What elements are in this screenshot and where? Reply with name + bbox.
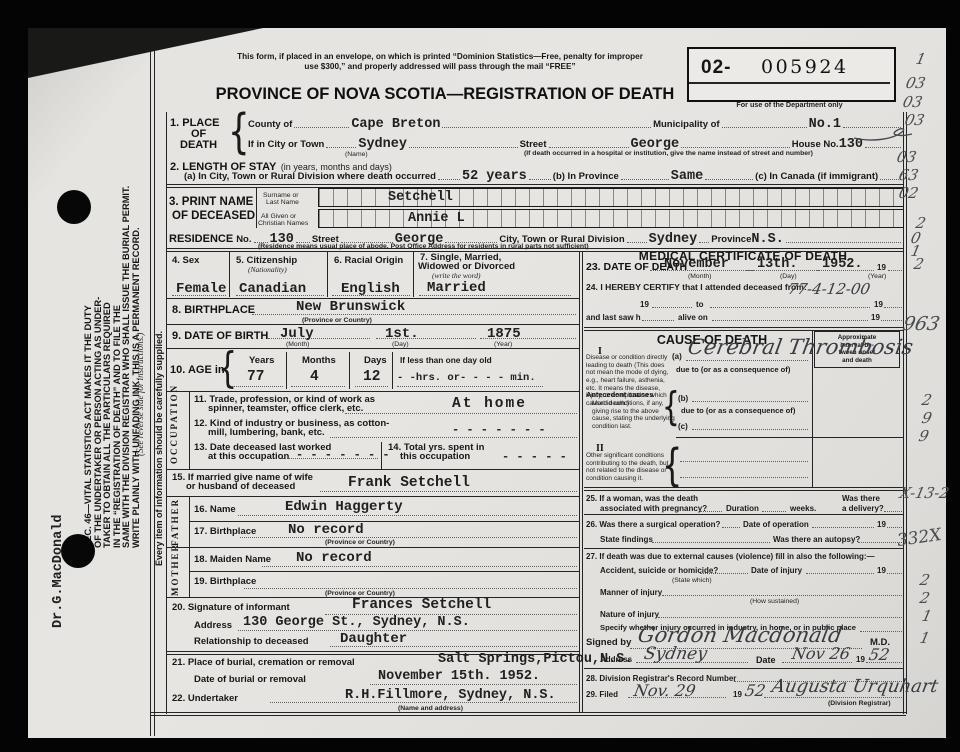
margin-figure: 963 xyxy=(901,315,941,334)
rule xyxy=(189,391,190,469)
leader xyxy=(409,145,518,148)
age-days-value: 12 xyxy=(363,370,380,385)
leader xyxy=(652,307,692,308)
serial-prefix: 02- xyxy=(701,57,731,79)
column-divider xyxy=(579,251,580,712)
father-name-label: 16. Name xyxy=(194,505,236,515)
rule xyxy=(584,514,904,515)
spouse-value: Frank Setchell xyxy=(348,476,470,491)
leader xyxy=(705,177,753,180)
leader xyxy=(397,386,543,387)
burial-value: Salt Springs,Pictou,N.S. xyxy=(438,653,632,667)
municipality-label: Municipality of xyxy=(653,120,720,130)
place-brace: { xyxy=(228,104,250,160)
rule xyxy=(349,352,350,389)
leader xyxy=(692,401,808,402)
margin-figure: 63 xyxy=(897,168,919,183)
lastsaw-label: and last saw h xyxy=(586,313,641,322)
rule xyxy=(166,251,904,252)
sex-value: Female xyxy=(176,282,226,296)
mail-instruction: This form, if placed in an envelope, on … xyxy=(205,52,675,71)
state-which-note: (State which) xyxy=(672,577,712,584)
leader xyxy=(762,511,786,512)
informant-value: Frances Setchell xyxy=(352,598,491,613)
birthdate-label: 9. DATE OF BIRTH xyxy=(172,330,268,342)
division-registrar-note: (Division Registrar) xyxy=(828,700,891,707)
rule xyxy=(584,327,904,328)
leader xyxy=(680,461,808,462)
form-right-border-2 xyxy=(906,112,907,714)
leader xyxy=(262,566,577,567)
leader xyxy=(700,511,722,512)
citizenship-sub: (Nationality) xyxy=(248,266,287,274)
antecedent-brace: { xyxy=(662,383,680,429)
residence-label: RESIDENCE xyxy=(169,233,233,245)
informant-address-value: 130 George St., Sydney, N.S. xyxy=(243,616,470,630)
margin-figure: 03 xyxy=(903,113,925,128)
leader xyxy=(686,360,808,361)
other-conditions-paragraph: Other significant conditions contributin… xyxy=(586,452,674,483)
due-to-b-label: due to (or as a consequence of) xyxy=(681,407,795,416)
leader xyxy=(860,631,902,632)
leader xyxy=(244,588,577,589)
city-value: Sydney xyxy=(358,138,407,152)
certify-label: 24. I HEREBY CERTIFY that I attended dec… xyxy=(586,283,807,293)
autopsy-label: Was there an autopsy? xyxy=(773,535,860,544)
certify-handwritten-dates: 77-4-12-00 xyxy=(787,282,872,297)
form-bottom-border xyxy=(150,712,906,713)
leader xyxy=(341,240,393,243)
leader xyxy=(884,511,902,512)
injury-19: 19 xyxy=(877,566,886,575)
rule xyxy=(286,352,287,389)
occupation-vertical-label: OCCUPATION xyxy=(170,392,185,464)
leader xyxy=(710,307,870,308)
age-days-label: Days xyxy=(364,356,387,366)
rule xyxy=(190,521,579,522)
leader xyxy=(722,527,740,528)
spouse-label-2: or husband of deceased xyxy=(186,482,295,492)
leader xyxy=(806,573,874,574)
rule xyxy=(676,437,904,438)
rule xyxy=(413,252,414,297)
father-name-value: Edwin Haggerty xyxy=(285,500,403,514)
sex-label: 4. Sex xyxy=(172,256,199,266)
mother-maiden-label: 18. Maiden Name xyxy=(194,555,271,565)
form-left-border xyxy=(166,112,167,714)
residence-no-label: No. xyxy=(236,235,251,245)
occupation-r12-value: - - - - - - - xyxy=(452,424,546,436)
leader xyxy=(712,320,868,321)
leader xyxy=(294,125,349,128)
occupation-r14-value: - - - - - xyxy=(502,451,567,463)
leader xyxy=(692,429,808,430)
citizenship-value: Canadian xyxy=(239,282,306,296)
see-reverse-note: (See reverse side for instructions.) xyxy=(136,251,148,456)
weeks-label: weeks. xyxy=(790,504,816,513)
father-birthplace-label: 17. Birthplace xyxy=(194,527,256,537)
surname-label-2: Last Name xyxy=(266,199,299,206)
leader xyxy=(700,573,748,574)
racial-origin-label: 6. Racial Origin xyxy=(334,256,403,266)
margin-figure: 02 xyxy=(897,186,919,201)
rule xyxy=(190,571,579,572)
stay-values-row: (a) In City, Town or Rural Division wher… xyxy=(184,167,903,182)
surname-value: Setchell xyxy=(388,191,453,205)
leader xyxy=(681,145,790,148)
leader xyxy=(438,177,460,180)
leader xyxy=(296,240,310,243)
mother-vertical-label: MOTHER xyxy=(171,548,186,596)
county-value: Cape Breton xyxy=(351,118,440,132)
signed-year-value: 52 xyxy=(868,647,891,663)
filed-label: 29. Filed xyxy=(586,690,618,699)
signed-date-value: Nov 26 xyxy=(791,646,852,662)
pregnancy-label-2: associated with pregnancy? xyxy=(600,504,707,513)
rule xyxy=(189,547,190,597)
leader xyxy=(764,697,902,698)
rule xyxy=(392,352,393,389)
given-name-comb-field xyxy=(318,209,904,228)
informant-address-label: Address xyxy=(194,621,232,631)
leader xyxy=(887,573,902,574)
undertaker-label: 22. Undertaker xyxy=(172,694,238,704)
leader xyxy=(231,386,283,387)
municipality-value: No.1 xyxy=(809,118,841,132)
scanned-death-registration: FORM 6 SEC. 46—VITAL STATISTICS ACT MAKE… xyxy=(0,0,960,752)
date-of-death-day: 13th. xyxy=(757,258,798,272)
punch-hole-top xyxy=(57,190,91,224)
stay-c-label: (c) In Canada (if immigrant) xyxy=(755,172,878,182)
filed-date-value: Nov. 29 xyxy=(633,683,697,699)
burial-date-value: November 15th. 1952. xyxy=(378,670,540,684)
duration-label: Duration xyxy=(726,504,759,513)
mother-maiden-value: No record xyxy=(296,551,372,565)
margin-rule-outer xyxy=(150,30,151,736)
residence-city-label: City, Town or Rural Division xyxy=(499,235,624,245)
residence-province-value: N.S. xyxy=(751,233,783,247)
rule xyxy=(584,548,904,549)
leader xyxy=(881,320,902,321)
rule xyxy=(229,252,230,297)
date-of-death-month: November xyxy=(664,258,729,272)
birthplace-label: 8. BIRTHPLACE xyxy=(172,304,255,316)
father-birthplace-value: No record xyxy=(288,523,364,537)
street-value: George xyxy=(631,138,680,152)
leader xyxy=(642,320,674,321)
leader xyxy=(345,413,577,414)
leader xyxy=(238,630,577,631)
mother-birthplace-label: 19. Birthplace xyxy=(194,577,256,587)
place-city-row: If in City or Town Sydney Street George … xyxy=(248,134,903,150)
residence-street-value: George xyxy=(395,233,444,247)
occupation-r13-label-2: at this occupation xyxy=(208,452,289,462)
leader xyxy=(858,542,902,543)
rule xyxy=(166,248,904,249)
residence-row: RESIDENCE No. 130 Street George City, To… xyxy=(169,230,903,245)
burial-date-label: Date of burial or removal xyxy=(194,675,306,685)
rule xyxy=(256,187,257,228)
age-label: 10. AGE in xyxy=(170,364,225,376)
form-bottom-border-2 xyxy=(150,715,906,716)
date-of-death-year: 1952. xyxy=(822,258,863,272)
signed-by-label: Signed by xyxy=(586,638,631,649)
city-label: If in City or Town xyxy=(248,140,324,150)
leader xyxy=(529,177,551,180)
marital-value: Married xyxy=(427,281,486,295)
certify-19a: 19 xyxy=(640,300,649,309)
birthdate-day: 1st. xyxy=(385,327,419,341)
signed-address-value: Sydney xyxy=(643,646,709,663)
county-label: County of xyxy=(248,120,292,130)
signed-19: 19 xyxy=(856,655,865,664)
department-note: For use of the Department only xyxy=(687,101,892,109)
margin-figure: 03 xyxy=(895,150,917,165)
leader xyxy=(254,240,268,243)
leader xyxy=(786,240,901,243)
certify-19b: 19 xyxy=(874,300,883,309)
serial-box-rule xyxy=(689,82,890,84)
certify-to: to xyxy=(696,300,704,309)
place-county-row: County of Cape Breton Municipality of No… xyxy=(248,114,903,130)
operation-19: 19 xyxy=(877,520,886,529)
was-there-label: Was there xyxy=(842,494,880,503)
rule xyxy=(166,547,579,548)
filed-year-value: 52 xyxy=(744,683,767,699)
document-title: PROVINCE OF NOVA SCOTIA—REGISTRATION OF … xyxy=(165,85,725,104)
rule xyxy=(584,330,904,331)
external-causes-label: 27. If death was due to external causes … xyxy=(586,552,875,561)
leader xyxy=(442,125,651,128)
father-vertical-label: FATHER xyxy=(171,498,186,546)
punch-hole-bottom xyxy=(61,534,95,568)
leader xyxy=(238,515,577,516)
age-months-value: 4 xyxy=(310,370,319,385)
operation-label: 26. Was there a surgical operation? xyxy=(586,520,720,529)
margin-rule-inner xyxy=(154,30,155,736)
leader xyxy=(662,595,902,596)
place-label-3: DEATH xyxy=(180,139,217,151)
birthplace-value: New Brunswick xyxy=(296,300,405,314)
margin-statute-note: SEC. 46—VITAL STATISTICS ACT MAKES IT TH… xyxy=(84,148,142,548)
leader xyxy=(320,491,577,492)
leader xyxy=(326,145,356,148)
occupation-r14-label-2: this occupation xyxy=(400,452,470,462)
informant-relation-label: Relationship to deceased xyxy=(194,637,309,647)
leader xyxy=(865,145,901,148)
mail-instruction-line1: This form, if placed in an envelope, on … xyxy=(205,52,675,62)
leader xyxy=(722,125,807,128)
leader xyxy=(621,177,669,180)
cause-a-label: (a) xyxy=(672,352,682,361)
cause-a-value-handwritten: Cerebral Thrombosis xyxy=(686,337,915,358)
print-name-label-2: OF DECEASED xyxy=(172,210,255,223)
given-name-value: Annie L xyxy=(408,212,465,226)
dod-month-note: (Month) xyxy=(688,273,711,280)
mail-instruction-line2: use $300,” and properly addressed will p… xyxy=(205,62,675,72)
occupation-r11-label-2: spinner, teamster, office clerk, etc. xyxy=(208,404,363,414)
leader xyxy=(549,145,629,148)
informant-label: 20. Signature of informant xyxy=(172,603,290,613)
leader xyxy=(291,386,345,387)
residence-province-label: Province xyxy=(711,235,751,245)
leader xyxy=(370,684,577,685)
physician-signature: Gordon Macdonald xyxy=(636,625,844,646)
leader xyxy=(627,240,647,243)
findings-label: State findings xyxy=(600,535,653,544)
age-years-value: 77 xyxy=(247,370,264,385)
print-name-label-1: 3. PRINT NAME xyxy=(169,196,253,209)
due-to-a-label: due to (or as a consequence of) xyxy=(676,366,790,375)
rule xyxy=(327,252,328,297)
rule xyxy=(584,668,904,669)
leader xyxy=(699,240,709,243)
filed-19: 19 xyxy=(733,690,742,699)
division-registrar-signature: Augusta Urquhart xyxy=(770,678,939,696)
leader xyxy=(330,437,577,438)
antecedent-label: Antecedent causes xyxy=(586,391,653,400)
age-years-label: Years xyxy=(249,356,274,366)
stay-b-value: Same xyxy=(671,170,703,184)
given-label-2: Christian Names xyxy=(258,220,308,227)
lastsaw-19: 19 xyxy=(871,313,880,322)
margin-figure: 03 xyxy=(904,76,926,91)
informant-relation-value: Daughter xyxy=(340,632,407,646)
occupation-r11-value: At home xyxy=(452,397,527,412)
rule xyxy=(166,496,579,497)
rule xyxy=(166,324,579,325)
other-brace: { xyxy=(662,438,682,491)
column-divider-2 xyxy=(582,251,583,712)
age-less-label: If less than one day old xyxy=(400,356,492,365)
serial-number-box: 02- 005924 xyxy=(687,47,896,102)
occupation-r12-label-2: mill, lumbering, bank, etc. xyxy=(208,428,325,438)
scan-corner-shadow xyxy=(28,28,263,78)
leader xyxy=(652,542,770,543)
how-sustained-note: (How sustained) xyxy=(750,598,799,605)
father-birthplace-note: (Province or Country) xyxy=(325,539,395,546)
age-months-label: Months xyxy=(302,356,336,366)
operation-date-label: Date of operation xyxy=(743,520,809,529)
margin-figure: 03 xyxy=(901,95,923,110)
delivery-handwritten: X-13-2 xyxy=(898,486,950,501)
leader xyxy=(887,527,902,528)
rule xyxy=(166,391,579,392)
house-no-label: House No. xyxy=(792,140,839,150)
nature-injury-label: Nature of injury xyxy=(600,610,659,619)
signed-date-label: Date xyxy=(756,655,776,665)
undertaker-value: R.H.Fillmore, Sydney, N.S. xyxy=(345,689,556,703)
leader xyxy=(355,386,388,387)
residence-city-value: Sydney xyxy=(649,233,698,247)
residence-no-value: 130 xyxy=(270,233,294,247)
pregnancy-label-1: 25. If a woman, was the death xyxy=(586,494,698,503)
leader xyxy=(888,270,902,271)
alive-on-label: alive on xyxy=(678,313,708,322)
burial-label: 21. Place of burial, cremation or remova… xyxy=(172,658,355,668)
stay-a-value: 52 years xyxy=(462,170,527,184)
date-of-death-19: 19 xyxy=(877,263,886,272)
stay-b-label: (b) In Province xyxy=(553,172,619,182)
leader xyxy=(680,477,808,478)
rule xyxy=(584,490,904,491)
stay-a-label: (a) In City, Town or Rural Division wher… xyxy=(184,172,436,182)
rule xyxy=(584,487,904,488)
rule xyxy=(166,184,904,185)
racial-origin-value: English xyxy=(341,282,400,296)
date-injury-label: Date of injury xyxy=(751,566,802,575)
rule xyxy=(166,469,579,470)
age-less-value: - -hrs. or- - - - min. xyxy=(397,373,536,384)
delivery-label: a delivery? xyxy=(842,504,884,513)
birthdate-month: July xyxy=(280,327,314,341)
birthdate-year: 1875 xyxy=(487,327,521,341)
marital-sub: (write the word) xyxy=(432,272,480,280)
residence-street-label: Street xyxy=(312,235,339,245)
leader xyxy=(445,240,497,243)
leader xyxy=(658,617,902,618)
leader xyxy=(812,527,874,528)
occupation-r13-value: - - - - - - - xyxy=(296,449,390,461)
street-label: Street xyxy=(520,140,547,150)
serial-number: 005924 xyxy=(761,56,849,78)
manner-injury-label: Manner of injury xyxy=(600,588,662,597)
leader xyxy=(884,307,902,308)
